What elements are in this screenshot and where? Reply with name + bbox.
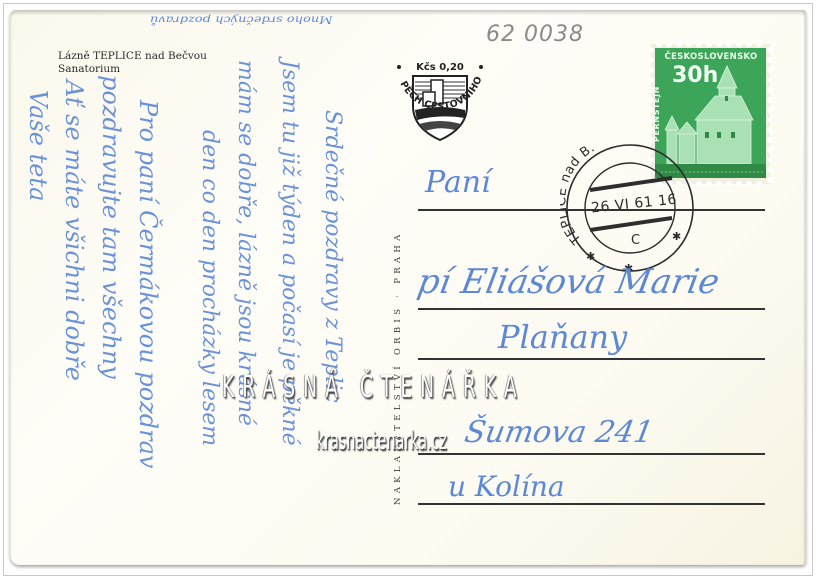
caption-subtitle: Sanatorium [58, 63, 207, 76]
address-district: u Kolína [448, 470, 565, 503]
stamp-country: ČESKOSLOVENSKO [658, 52, 764, 62]
seal-price: Kčs 0,20 [416, 61, 464, 73]
watermark-title: KRÁSNÁ ČTENÁŘKA [222, 370, 458, 405]
publisher-imprint: NAKLADATELSTVÍ ORBIS · PRAHA [393, 230, 403, 505]
header-scribble: Mnoho srdečných pozdravů [150, 14, 333, 26]
address-rule-4 [418, 453, 765, 455]
watermark-url: krasnactenarka.cz [316, 426, 447, 456]
message-line-4: den co den procházky lesem [197, 130, 222, 446]
address-rule-2 [418, 308, 765, 310]
address-town: Plaňany [498, 318, 627, 356]
message-line-7: Ať se máte všichni dobře [60, 80, 88, 381]
message-line-1: Srdečné pozdravy z Teplic [320, 110, 345, 403]
message-line-8: Vaše teta [24, 90, 52, 201]
archive-number: 62 0038 [486, 22, 584, 47]
stamp-subject: PERNŠTEJN [652, 86, 661, 142]
address-rule-3 [418, 358, 765, 360]
address-rule-5 [418, 503, 765, 505]
svg-text:✱: ✱ [672, 230, 681, 243]
printed-caption: Lázně TEPLICE nad Bečvou Sanatorium [58, 50, 207, 76]
postmark-office: C [631, 233, 640, 248]
address-street: Šumova 241 [462, 415, 656, 450]
address-rule-1 [418, 209, 765, 211]
message-line-6: pozdravujte tam všechny [97, 75, 125, 379]
stamp-value: 30h [672, 63, 718, 88]
tourism-seal-icon: Kčs 0,20 VE PROSPĚCH CESTOVNÍHO RUCHU [387, 58, 493, 158]
message-line-5: Pro paní Čermákovou pozdrav [134, 100, 162, 468]
address-salutation: Paní [425, 165, 491, 200]
caption-location: Lázně TEPLICE nad Bečvou [58, 50, 207, 63]
address-recipient: pí Eliášová Marie [414, 262, 722, 302]
